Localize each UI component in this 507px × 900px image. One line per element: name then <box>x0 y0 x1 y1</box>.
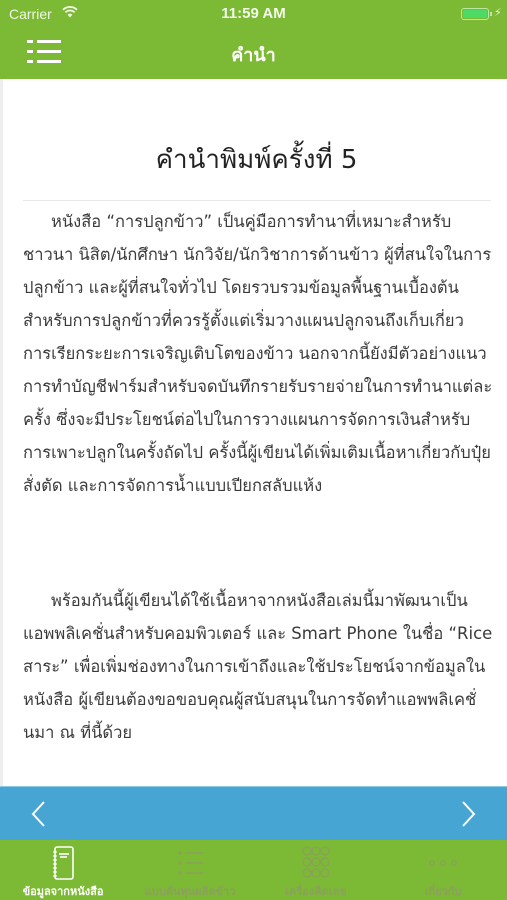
page-navigation-bar <box>0 786 507 840</box>
tab-bar: ข้อมูลจากหนังสือ แบบต้นทุนผลิตข้าว เครื่… <box>0 840 507 900</box>
paragraph-2-text: พร้อมกันนี้ผู้เขียนได้ใช้เนื้อหาจากหนังส… <box>23 591 492 742</box>
page-title: คำนำ <box>0 40 507 69</box>
next-page-button[interactable] <box>455 799 483 829</box>
bulleted-list-icon <box>170 846 210 880</box>
clock: 11:59 AM <box>0 5 507 22</box>
tab-book-info[interactable]: ข้อมูลจากหนังสือ <box>0 840 126 900</box>
previous-page-button[interactable] <box>26 799 54 829</box>
header: Carrier 11:59 AM ⚡ คำนำ <box>0 0 507 79</box>
tab-cost-form[interactable]: แบบต้นทุนผลิตข้าว <box>127 840 253 900</box>
tab-about[interactable]: เกี่ยวกับ <box>380 840 506 900</box>
tab-label: ข้อมูลจากหนังสือ <box>0 882 126 900</box>
document-heading: คำนำพิมพ์ครั้งที่ 5 <box>3 139 507 180</box>
tab-label: เกี่ยวกับ <box>380 882 506 900</box>
status-bar: Carrier 11:59 AM ⚡ <box>0 0 507 28</box>
tab-label: แบบต้นทุนผลิตข้าว <box>127 882 253 900</box>
notebook-icon <box>43 846 83 880</box>
heading-divider <box>23 200 491 201</box>
document-view[interactable]: คำนำพิมพ์ครั้งที่ 5 หนังสือ “การปลูกข้าว… <box>0 79 507 786</box>
battery-icon <box>461 8 489 20</box>
tab-label: เครื่องคิดเลข <box>253 882 379 900</box>
tab-calculator[interactable]: เครื่องคิดเลข <box>253 840 379 900</box>
chevron-left-icon <box>26 799 54 829</box>
charging-bolt-icon: ⚡ <box>494 6 502 19</box>
paragraph-1: หนังสือ “การปลูกข้าว” เป็นคู่มือการทำนาท… <box>23 205 493 502</box>
battery-tip <box>490 12 492 16</box>
chevron-right-icon <box>455 799 483 829</box>
paragraph-2: พร้อมกันนี้ผู้เขียนได้ใช้เนื้อหาจากหนังส… <box>23 584 493 749</box>
more-dots-icon <box>423 846 463 880</box>
grid-dots-icon <box>296 846 336 880</box>
paragraph-1-text: หนังสือ “การปลูกข้าว” เป็นคู่มือการทำนาท… <box>23 212 492 495</box>
